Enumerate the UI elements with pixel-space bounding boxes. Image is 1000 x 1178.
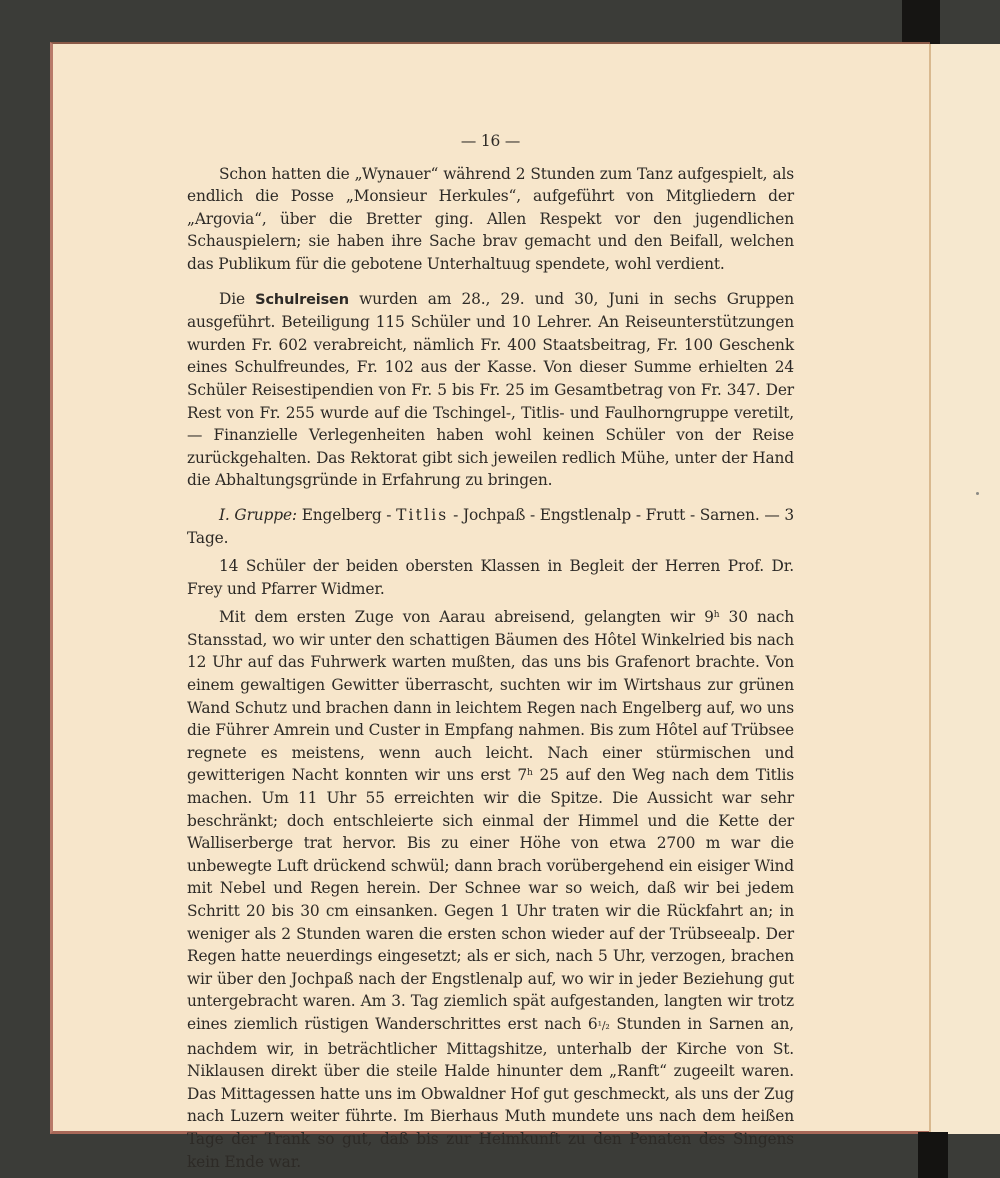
text: Stunden in Sarnen an, nachdem wir, in be… — [187, 1015, 794, 1171]
paragraph-theater: Schon hatten die „Wynauer“ während 2 Stu… — [187, 163, 794, 276]
fraction-half: ¹/₂ — [598, 1019, 610, 1032]
text: Mit dem ersten Zuge von Aarau abreisend,… — [219, 608, 714, 626]
group-label: I. Gruppe: — [219, 506, 297, 524]
text: Die — [219, 290, 255, 308]
text-column: — 16 — Schon hatten die „Wynauer“ währen… — [187, 130, 794, 1173]
route-titlis: Titlis — [396, 506, 448, 524]
bookmark-ribbon-bottom — [918, 1132, 948, 1178]
route-text: Engelberg - — [297, 506, 396, 524]
facing-page — [928, 44, 1000, 1134]
text: 30 nach Stansstad, wo wir unter den scha… — [187, 608, 794, 784]
bookmark-ribbon-top — [902, 0, 940, 46]
page-gutter — [929, 44, 931, 1134]
paragraph-participants: 14 Schüler der beiden obersten Klassen i… — [187, 555, 794, 600]
group-heading: I. Gruppe: Engelberg - Titlis - Jochpaß … — [187, 504, 794, 549]
text: wurden am 28., 29. und 30, Juni in sechs… — [187, 290, 794, 490]
page-number: — 16 — — [187, 130, 794, 153]
paragraph-trip-report: Mit dem ersten Zuge von Aarau abreisend,… — [187, 606, 794, 1173]
paragraph-schulreisen: Die Schulreisen wurden am 28., 29. und 3… — [187, 288, 794, 492]
heading-schulreisen: Schulreisen — [255, 292, 349, 308]
paper-speck — [976, 492, 979, 495]
text: 25 auf den Weg nach dem Titlis machen. U… — [187, 766, 794, 1033]
